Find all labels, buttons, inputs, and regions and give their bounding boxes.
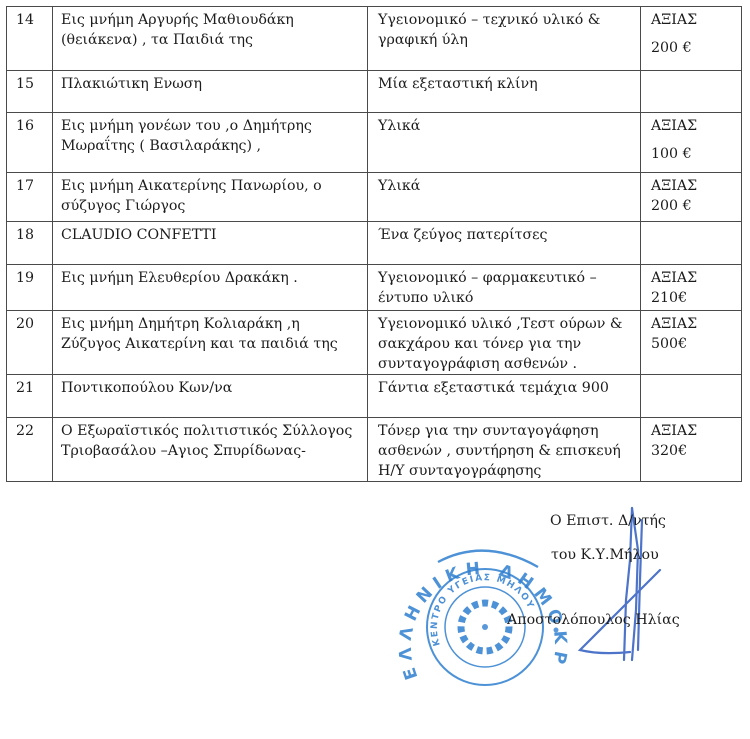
value-cell: ΑΞΙΑΣ320€ [641,418,742,482]
value-amount: 500€ [651,334,733,354]
donated-item-cell: Υγειονομικό – φαρμακευτικό –έντυπο υλικό [368,265,641,311]
row-number: 18 [7,222,53,265]
table-row: 14Εις μνήμη Αργυρής Μαθιουδάκη(θειάκενα)… [7,7,742,71]
handwritten-signature-icon [560,500,720,680]
donor-text: Εις μνήμη γονέων του ,ο Δημήτρης [61,116,359,136]
item-text: Τόνερ για την συνταγογάφηση [378,421,632,441]
donor-cell: Ποντικοπούλου Κων/να [53,375,368,418]
svg-text:ΚΕΝΤΡΟ ΥΓΕΙΑΣ ΜΗΛΟΥ: ΚΕΝΤΡΟ ΥΓΕΙΑΣ ΜΗΛΟΥ [430,573,536,647]
item-text: Μία εξεταστική κλίνη [378,74,632,94]
value-cell: ΑΞΙΑΣ200 € [641,173,742,222]
donor-text: Ποντικοπούλου Κων/να [61,378,359,398]
item-text: ασθενών , συντήρηση & επισκευή [378,441,632,461]
signatory-name: Αποστολόπουλος Ηλίας [507,612,680,628]
value-label: ΑΞΙΑΣ [651,176,733,196]
value-label: ΑΞΙΑΣ [651,10,733,30]
donated-item-cell: Υλικά [368,173,641,222]
donor-text: Μωραΐτης ( Βασιλαράκης) , [61,136,359,156]
donated-item-cell: Μία εξεταστική κλίνη [368,71,641,113]
row-number: 21 [7,375,53,418]
item-text: σακχάρου και τόνερ για την [378,334,632,354]
row-number: 15 [7,71,53,113]
donated-item-cell: Υγειονομικό – τεχνικό υλικό &γραφική ύλη [368,7,641,71]
item-text: Υλικά [378,176,632,196]
donor-cell: Εις μνήμη Ελευθερίου Δρακάκη . [53,265,368,311]
item-text: Η/Υ συνταγογράφησης [378,461,632,481]
value-cell [641,375,742,418]
value-amount: 320€ [651,441,733,461]
value-label: ΑΞΙΑΣ [651,116,733,136]
official-stamp-icon: ΕΛΛΗΝΙΚΗ ΔΗΜΟΚΡΑΤΙΑ ΚΕΝΤΡΟ ΥΓΕΙΑΣ ΜΗΛΟΥ [398,527,573,727]
value-amount: 200 € [651,38,733,58]
svg-text:ΕΛΛΗΝΙΚΗ ΔΗΜΟΚΡΑΤΙΑ: ΕΛΛΗΝΙΚΗ ΔΗΜΟΚΡΑΤΙΑ [398,527,570,682]
value-label: ΑΞΙΑΣ [651,314,733,334]
value-amount: 200 € [651,196,733,216]
donor-text: Ο Εξωραϊστικός πολιτιστικός Σύλλογος [61,421,359,441]
donated-item-cell: Υγειονομικό υλικό ,Τεστ ούρων &σακχάρου … [368,311,641,375]
item-text: γραφική ύλη [378,30,632,50]
value-label: ΑΞΙΑΣ [651,268,733,288]
row-number: 19 [7,265,53,311]
donated-item-cell: Τόνερ για την συνταγογάφησηασθενών , συν… [368,418,641,482]
donor-text: Τριοβασάλου –Αγιος Σπυρίδωνας- [61,441,359,461]
value-amount: 210€ [651,288,733,308]
table-row: 19Εις μνήμη Ελευθερίου Δρακάκη .Υγειονομ… [7,265,742,311]
donor-cell: Εις μνήμη Δημήτρη Κολιαράκη ,ηΖύζυγος Αι… [53,311,368,375]
value-cell [641,71,742,113]
donor-text: Εις μνήμη Αργυρής Μαθιουδάκη [61,10,359,30]
donations-table-body: 14Εις μνήμη Αργυρής Μαθιουδάκη(θειάκενα)… [7,7,742,482]
donor-cell: Εις μνήμη Αργυρής Μαθιουδάκη(θειάκενα) ,… [53,7,368,71]
row-number: 20 [7,311,53,375]
donor-text: Ζύζυγος Αικατερίνη και τα παιδιά της [61,334,359,354]
item-text: Υλικά [378,116,632,136]
donor-text: Εις μνήμη Ελευθερίου Δρακάκη . [61,268,359,288]
row-number: 17 [7,173,53,222]
donated-item-cell: Υλικά [368,113,641,173]
donor-cell: Εις μνήμη Αικατερίνης Πανωρίου, οσύζυγος… [53,173,368,222]
donor-text: Εις μνήμη Αικατερίνης Πανωρίου, ο [61,176,359,196]
donor-text: (θειάκενα) , τα Παιδιά της [61,30,359,50]
item-text: Ένα ζεύγος πατερίτσες [378,225,632,245]
value-cell: ΑΞΙΑΣ100 € [641,113,742,173]
item-text: συνταγογράφιση ασθενών . [378,354,632,374]
table-row: 20Εις μνήμη Δημήτρη Κολιαράκη ,ηΖύζυγος … [7,311,742,375]
value-cell [641,222,742,265]
item-text: Υγειονομικό – φαρμακευτικό – [378,268,632,288]
table-row: 22Ο Εξωραϊστικός πολιτιστικός ΣύλλογοςΤρ… [7,418,742,482]
value-label: ΑΞΙΑΣ [651,421,733,441]
donor-text: Πλακιώτικη Ενωση [61,74,359,94]
donor-cell: CLAUDIO CONFETTI [53,222,368,265]
signature-title: Ο Επιστ. Δ/ντής [550,513,666,529]
value-amount: 100 € [651,144,733,164]
item-text: Γάντια εξεταστικά τεμάχια 900 [378,378,632,398]
donated-item-cell: Ένα ζεύγος πατερίτσες [368,222,641,265]
value-cell: ΑΞΙΑΣ200 € [641,7,742,71]
item-text: Υγειονομικό υλικό ,Τεστ ούρων & [378,314,632,334]
table-row: 21Ποντικοπούλου Κων/ναΓάντια εξεταστικά … [7,375,742,418]
donor-cell: Εις μνήμη γονέων του ,ο ΔημήτρηςΜωραΐτης… [53,113,368,173]
signature-organization: του Κ.Υ.Μήλου [551,547,659,563]
donor-text: Εις μνήμη Δημήτρη Κολιαράκη ,η [61,314,359,334]
donated-item-cell: Γάντια εξεταστικά τεμάχια 900 [368,375,641,418]
donor-text: σύζυγος Γιώργος [61,196,359,216]
value-cell: ΑΞΙΑΣ500€ [641,311,742,375]
item-text: έντυπο υλικό [378,288,632,308]
row-number: 16 [7,113,53,173]
donor-cell: Ο Εξωραϊστικός πολιτιστικός ΣύλλογοςΤριο… [53,418,368,482]
row-number: 22 [7,418,53,482]
donor-text: CLAUDIO CONFETTI [61,225,359,245]
table-row: 18CLAUDIO CONFETTIΈνα ζεύγος πατερίτσες [7,222,742,265]
table-row: 15Πλακιώτικη ΕνωσηΜία εξεταστική κλίνη [7,71,742,113]
donations-table: 14Εις μνήμη Αργυρής Μαθιουδάκη(θειάκενα)… [6,6,742,482]
item-text: Υγειονομικό – τεχνικό υλικό & [378,10,632,30]
table-row: 17Εις μνήμη Αικατερίνης Πανωρίου, οσύζυγ… [7,173,742,222]
table-row: 16Εις μνήμη γονέων του ,ο ΔημήτρηςΜωραΐτ… [7,113,742,173]
row-number: 14 [7,7,53,71]
value-cell: ΑΞΙΑΣ210€ [641,265,742,311]
donor-cell: Πλακιώτικη Ενωση [53,71,368,113]
